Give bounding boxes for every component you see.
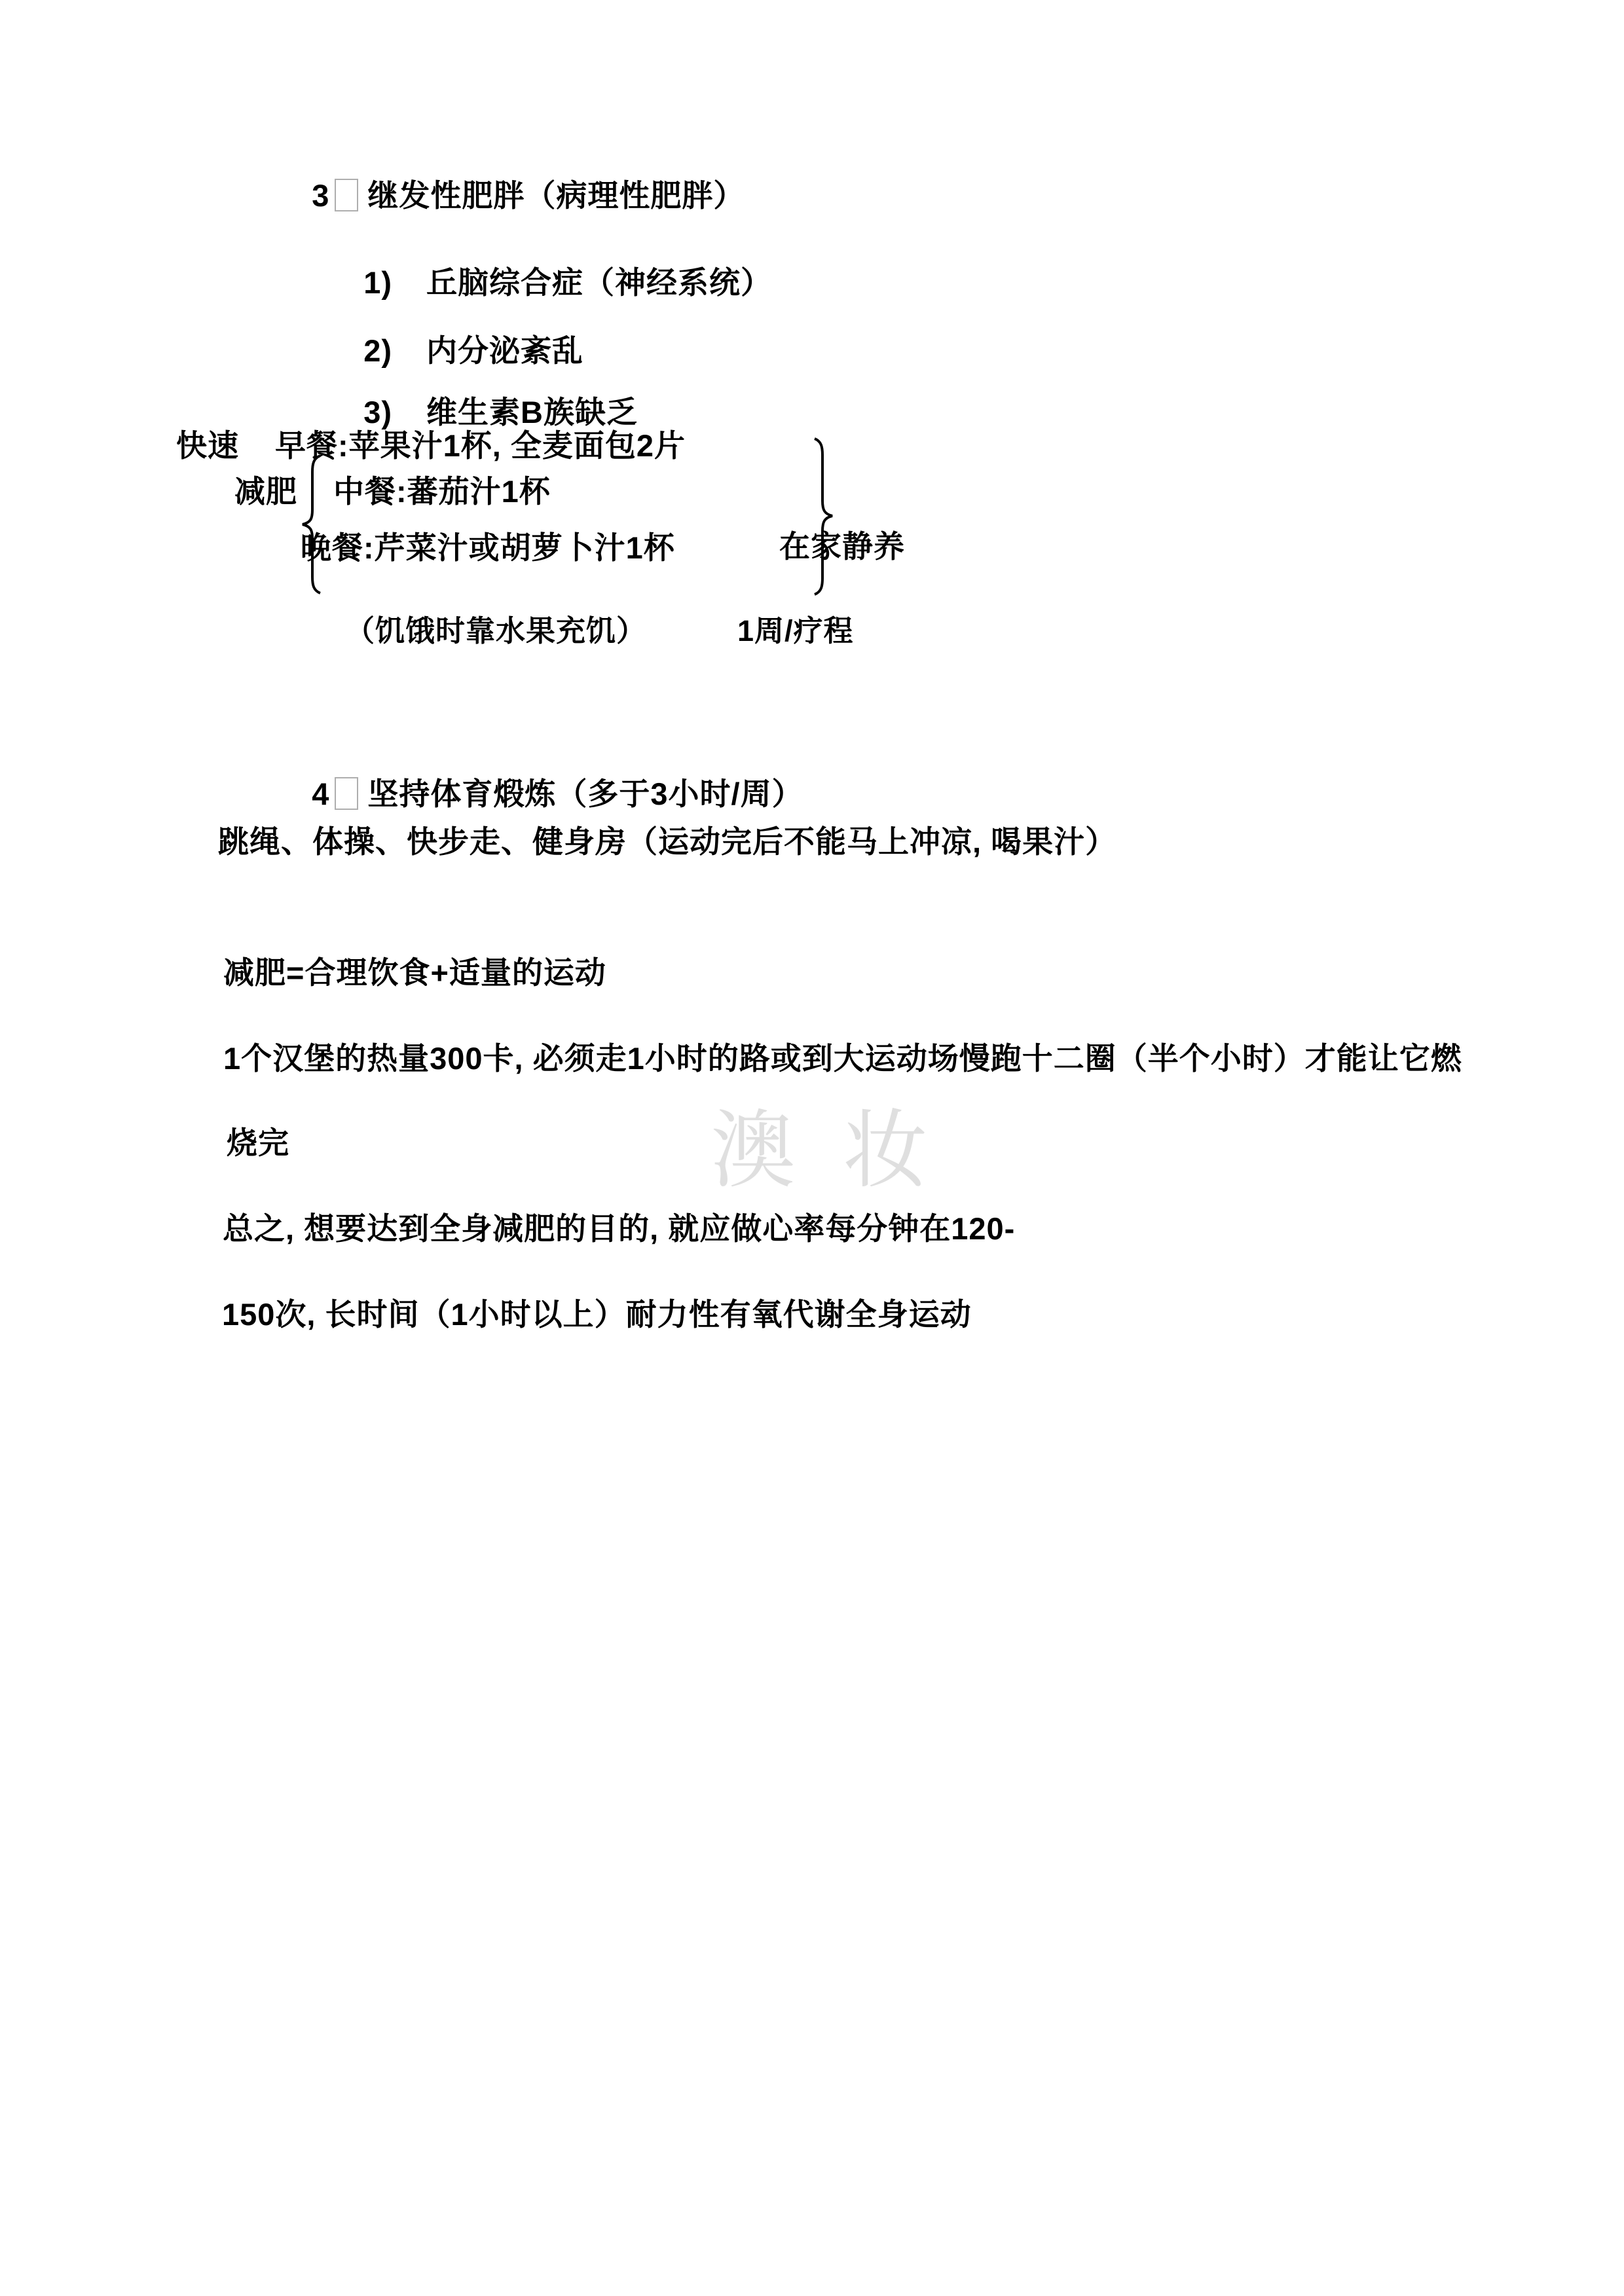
list-item-marker: 1)	[363, 265, 392, 300]
burger-paragraph-line2: 烧完	[227, 1127, 289, 1160]
section3-title: 继发性肥胖（病理性肥胖）	[367, 178, 745, 213]
diet-label-bottom: 减肥	[234, 475, 297, 509]
conclusion-line1: 总之, 想要达到全身减肥的目的, 就应做心率每分钟在120-	[223, 1212, 1015, 1246]
section3-number: 3	[312, 178, 329, 213]
missing-glyph-box	[335, 179, 358, 211]
diet-label-top: 快速	[176, 429, 239, 463]
watermark-text: 澳 妆	[710, 1108, 928, 1193]
burger-paragraph-line1: 1个汉堡的热量300卡, 必须走1小时的路或到大运动场慢跑十二圈（半个小时）才能…	[223, 1042, 1462, 1076]
missing-glyph-box	[335, 777, 358, 810]
diet-dinner: 晚餐:芹菜汁或胡萝卜汁1杯	[301, 532, 675, 565]
diet-rest-note: 在家静养	[779, 530, 905, 564]
right-brace	[813, 437, 836, 596]
formula-paragraph: 减肥=合理饮食+适量的运动	[223, 957, 606, 990]
duration-note: 1周/疗程	[737, 615, 854, 647]
section4-number: 4	[312, 776, 329, 811]
diet-lunch: 中餐:蕃茄汁1杯	[333, 475, 551, 509]
section4-title: 坚持体育煅炼（多于3小时/周）	[367, 776, 803, 811]
list-item-text: 维生素B族缺乏	[426, 395, 638, 429]
left-brace	[299, 454, 322, 594]
diet-breakfast: 早餐:苹果汁1杯, 全麦面包2片	[275, 429, 686, 463]
list-item-text: 丘脑综合症（神经系统）	[426, 265, 772, 300]
section3-heading: 3继发性肥胖（病理性肥胖）	[275, 145, 745, 246]
document-page: 3继发性肥胖（病理性肥胖） 1)丘脑综合症（神经系统） 2)内分泌紊乱 3)维生…	[0, 0, 1624, 2296]
conclusion-line2: 150次, 长时间（1小时以上）耐力性有氧代谢全身运动	[222, 1298, 972, 1332]
hunger-note: （饥饿时靠水果充饥）	[345, 615, 646, 647]
list-item-marker: 3)	[363, 395, 392, 429]
exercise-paragraph: 跳绳、体操、快步走、健身房（运动完后不能马上冲凉, 喝果汁）	[218, 826, 1116, 859]
